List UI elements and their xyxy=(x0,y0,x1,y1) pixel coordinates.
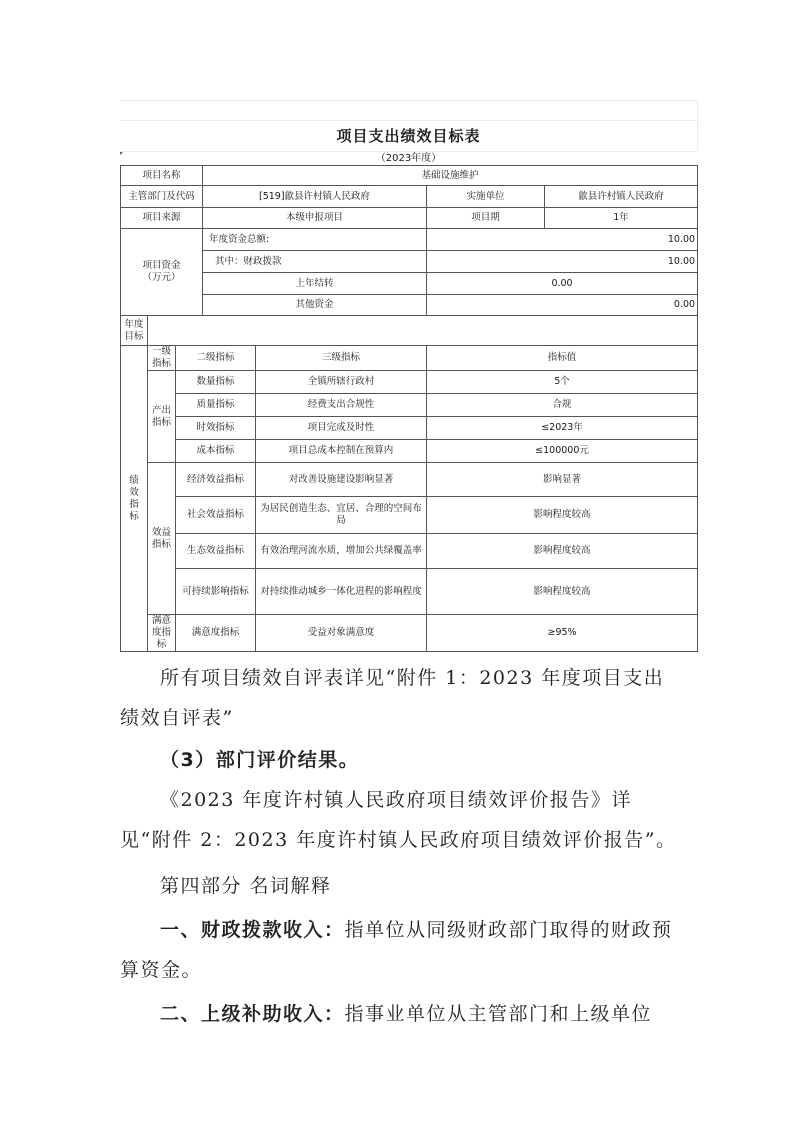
funds-unit: （万元） xyxy=(123,272,200,284)
period-label: 项目期 xyxy=(427,208,545,229)
benefit-l2: 社会效益指标 xyxy=(176,497,256,534)
annual-goal-value xyxy=(148,316,698,346)
output-l3: 经费支出合规性 xyxy=(256,394,427,417)
section-heading-4: 第四部分 名词解释 xyxy=(120,866,680,906)
fund-fiscal-label: 其中：财政拨款 xyxy=(203,251,427,273)
table-year: （2023年度） xyxy=(120,151,697,166)
output-l2: 数量指标 xyxy=(176,371,256,394)
paragraph-self-eval: 所有项目绩效自评表详见“附件 1：2023 年度项目支出绩效自评表” xyxy=(120,658,680,738)
table-row: 主管部门及代码 [519]歙县许村镇人民政府 实施单位 歙县许村镇人民政府 xyxy=(121,186,698,208)
perf-label: 绩效指标 xyxy=(121,346,148,652)
output-l3: 项目总成本控制在预算内 xyxy=(256,440,427,463)
source-value: 本级申报项目 xyxy=(203,208,427,229)
fund-other-label: 其他资金 xyxy=(203,295,427,316)
benefit-l3: 有效治理河流水质，增加公共绿覆盖率 xyxy=(256,534,427,569)
funds-label-text: 项目资金 xyxy=(123,260,200,272)
fund-total-value: 10.00 xyxy=(427,229,698,251)
term-title: 一、财政拨款收入： xyxy=(160,919,345,941)
dept-label: 主管部门及代码 xyxy=(121,186,203,208)
table-row: 时效指标 项目完成及时性 ≤2023年 xyxy=(121,417,698,440)
project-name-value: 基础设施维护 xyxy=(203,166,698,186)
table-title-area: 项目支出绩效目标表 xyxy=(120,100,698,151)
output-l3: 全镇所辖行政村 xyxy=(256,371,427,394)
benefit-l2: 经济效益指标 xyxy=(176,463,256,497)
fund-other-value: 0.00 xyxy=(427,295,698,316)
funds-label: 项目资金 （万元） xyxy=(121,229,203,316)
table-row: 绩效指标 一级指标 二级指标 三级指标 指标值 xyxy=(121,346,698,371)
table-row: 生态效益指标 有效治理河流水质，增加公共绿覆盖率 影响程度较高 xyxy=(121,534,698,569)
table-row: 其他资金 0.00 xyxy=(121,295,698,316)
output-value: 5个 xyxy=(427,371,698,394)
period-value: 1年 xyxy=(545,208,698,229)
table-title: 项目支出绩效目标表 xyxy=(120,125,697,146)
table-row: 社会效益指标 为居民创造生态、宜居、合理的空间布局 影响程度较高 xyxy=(121,497,698,534)
header-value: 指标值 xyxy=(427,346,698,371)
benefit-l3: 对持续推动城乡一体化进程的影响程度 xyxy=(256,569,427,615)
paragraph-dept-eval: 《2023 年度许村镇人民政府项目绩效评价报告》详见“附件 2：2023 年度许… xyxy=(120,780,680,860)
benefit-l3: 对改善设施建设影响显著 xyxy=(256,463,427,497)
table-row: 项目名称 基础设施维护 xyxy=(121,166,698,186)
output-l2: 成本指标 xyxy=(176,440,256,463)
output-l3: 项目完成及时性 xyxy=(256,417,427,440)
header-level1: 一级指标 xyxy=(148,346,176,371)
benefit-l3: 为居民创造生态、宜居、合理的空间布局 xyxy=(256,497,427,534)
body-text: 所有项目绩效自评表详见“附件 1：2023 年度项目支出绩效自评表” （3）部门… xyxy=(120,658,680,1034)
benefit-label: 效益指标 xyxy=(148,463,176,615)
header-level2: 二级指标 xyxy=(176,346,256,371)
benefit-l2: 生态效益指标 xyxy=(176,534,256,569)
table-row: 年度目标 xyxy=(121,316,698,346)
project-name-label: 项目名称 xyxy=(121,166,203,186)
perf-label-text: 绩效指标 xyxy=(129,475,139,523)
output-value: 合规 xyxy=(427,394,698,417)
benefit-l2: 可持续影响指标 xyxy=(176,569,256,615)
satisfaction-l3: 受益对象满意度 xyxy=(256,615,427,652)
annual-goal-label: 年度目标 xyxy=(121,316,148,346)
term-fiscal-allocation: 一、财政拨款收入：指单位从同级财政部门取得的财政预算资金。 xyxy=(120,910,680,990)
table-row: 质量指标 经费支出合规性 合规 xyxy=(121,394,698,417)
dept-value: [519]歙县许村镇人民政府 xyxy=(203,186,427,208)
benefit-value: 影响程度较高 xyxy=(427,497,698,534)
table-row: 项目来源 本级申报项目 项目期 1年 xyxy=(121,208,698,229)
source-label: 项目来源 xyxy=(121,208,203,229)
table-row: 成本指标 项目总成本控制在预算内 ≤100000元 xyxy=(121,440,698,463)
fund-carryover-value: 0.00 xyxy=(427,273,698,295)
table-row: 满意度指标 满意度指标 受益对象满意度 ≥95% xyxy=(121,615,698,652)
term-superior-subsidy: 二、上级补助收入：指事业单位从主管部门和上级单位 xyxy=(120,994,680,1034)
output-l2: 质量指标 xyxy=(176,394,256,417)
output-value: ≤2023年 xyxy=(427,417,698,440)
output-value: ≤100000元 xyxy=(427,440,698,463)
benefit-value: 影响程度较高 xyxy=(427,534,698,569)
output-label: 产出指标 xyxy=(148,371,176,463)
fund-carryover-label: 上年结转 xyxy=(203,273,427,295)
table-row: 效益指标 经济效益指标 对改善设施建设影响显著 影响显著 xyxy=(121,463,698,497)
impl-label: 实施单位 xyxy=(427,186,545,208)
fund-fiscal-value: 10.00 xyxy=(427,251,698,273)
table-row: 产出指标 数量指标 全镇所辖行政村 5个 xyxy=(121,371,698,394)
benefit-value: 影响程度较高 xyxy=(427,569,698,615)
table-row: 项目资金 （万元） 年度资金总额: 10.00 xyxy=(121,229,698,251)
satisfaction-l2: 满意度指标 xyxy=(176,615,256,652)
heading-dept-eval: （3）部门评价结果。 xyxy=(120,740,680,780)
target-grid: 项目名称 基础设施维护 主管部门及代码 [519]歙县许村镇人民政府 实施单位 … xyxy=(120,165,698,652)
gridline xyxy=(120,120,697,121)
table-row: 上年结转 0.00 xyxy=(121,273,698,295)
impl-value: 歙县许村镇人民政府 xyxy=(545,186,698,208)
output-l2: 时效指标 xyxy=(176,417,256,440)
satisfaction-label: 满意度指标 xyxy=(148,615,176,652)
table-row: 其中：财政拨款 10.00 xyxy=(121,251,698,273)
term-title: 二、上级补助收入： xyxy=(160,1003,345,1025)
header-level3: 三级指标 xyxy=(256,346,427,371)
term-body: 指事业单位从主管部门和上级单位 xyxy=(345,1003,653,1025)
benefit-value: 影响显著 xyxy=(427,463,698,497)
satisfaction-value: ≥95% xyxy=(427,615,698,652)
table-row: 可持续影响指标 对持续推动城乡一体化进程的影响程度 影响程度较高 xyxy=(121,569,698,615)
fund-total-label: 年度资金总额: xyxy=(203,229,427,251)
